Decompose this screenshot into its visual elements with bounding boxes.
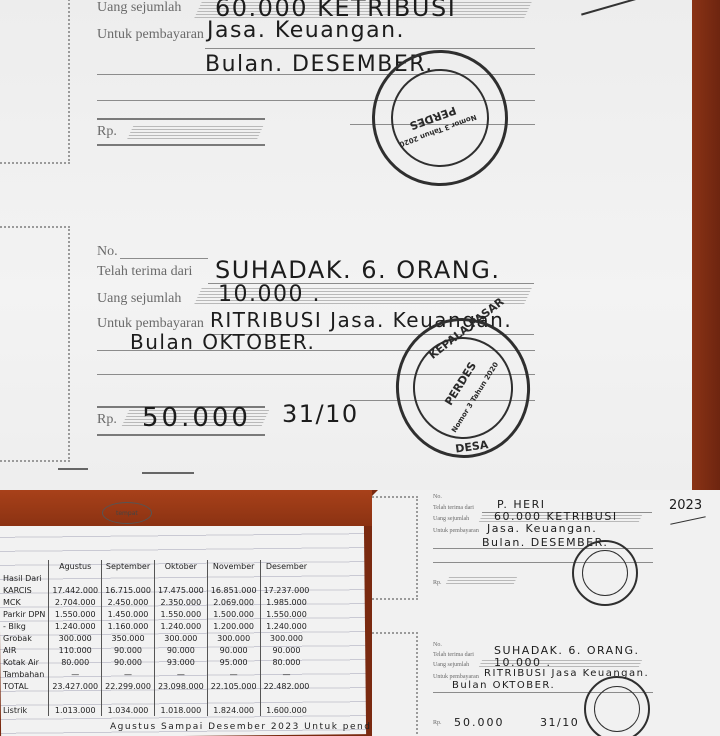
table-row: AIR110.00090.00090.00090.00090.000 bbox=[0, 644, 312, 656]
table-row: Hasil Dari bbox=[0, 572, 312, 584]
table-cell: 80.000 bbox=[49, 656, 102, 668]
table-cell: 1.240.000 bbox=[154, 620, 207, 632]
official-stamp-2: KEPALA PASAR PERDES Nomor 3 Tahun 2020 D… bbox=[387, 309, 539, 466]
notebook-footer-note: Agustus Sampai Desember 2023 Untuk penda… bbox=[110, 722, 372, 732]
table-header-cell bbox=[0, 560, 49, 572]
table-cell bbox=[102, 692, 155, 704]
table-cell: 1.985.000 bbox=[260, 596, 312, 608]
table-cell: 1.013.000 bbox=[49, 704, 102, 716]
table-cell: 1.550.000 bbox=[260, 608, 312, 620]
payment-purpose-value: Jasa. Keuangan. bbox=[207, 18, 405, 43]
rp-hatch bbox=[127, 126, 264, 140]
table-row: MCK2.704.0002.450.0002.350.0002.069.0001… bbox=[0, 596, 312, 608]
amount-value-2: 10.000 . bbox=[218, 282, 321, 307]
table-row: Listrik1.013.0001.034.0001.018.0001.824.… bbox=[0, 704, 312, 716]
rp-hatch bbox=[445, 577, 517, 586]
table-cell: 1.034.000 bbox=[102, 704, 155, 716]
table-header-cell: November bbox=[207, 560, 260, 572]
label-uang-sejumlah: Uang sejumlah bbox=[433, 516, 469, 522]
table-cell bbox=[102, 572, 155, 584]
table-row: Parkir DPN1.550.0001.450.0001.550.0001.5… bbox=[0, 608, 312, 620]
pen-mark bbox=[142, 472, 194, 474]
pen-mark bbox=[581, 0, 649, 16]
row-label: - Blkg bbox=[0, 620, 49, 632]
label-rp: Rp. bbox=[433, 580, 442, 586]
table-cell: — bbox=[102, 668, 155, 680]
table-cell: 22.105.000 bbox=[207, 680, 260, 692]
table-cell: 1.200.000 bbox=[207, 620, 260, 632]
table-cell: 300.000 bbox=[154, 632, 207, 644]
row-label: Kotak Air bbox=[0, 656, 49, 668]
label-rp-2: Rp. bbox=[97, 412, 117, 428]
wood-table-edge bbox=[0, 490, 372, 526]
table-cell: 2.704.000 bbox=[49, 596, 102, 608]
notebook-photo: tempat AgustusSeptemberOktoberNovemberDe… bbox=[0, 490, 372, 736]
table-cell bbox=[154, 692, 207, 704]
received-from-value: SUHADAK. 6. ORANG. bbox=[215, 256, 500, 284]
row-label: AIR bbox=[0, 644, 49, 656]
payment-month-value-2: Bulan OKTOBER. bbox=[452, 680, 555, 691]
label-untuk-pembayaran: Untuk pembayaran bbox=[97, 27, 204, 43]
table-header-cell: Agustus bbox=[49, 560, 102, 572]
year-note: 2023 bbox=[669, 498, 702, 513]
pen-mark bbox=[670, 516, 705, 524]
table-cell: 17.442.000 bbox=[49, 584, 102, 596]
table-cell: 90.000 bbox=[260, 644, 312, 656]
label-telah-terima: Telah terima dari bbox=[97, 264, 192, 280]
table-cell: — bbox=[207, 668, 260, 680]
rule bbox=[205, 48, 535, 49]
table-row: Kotak Air80.00090.00093.00095.00080.000 bbox=[0, 656, 312, 668]
table-cell: 22.299.000 bbox=[102, 680, 155, 692]
table-cell: 1.500.000 bbox=[207, 608, 260, 620]
pen-mark bbox=[58, 468, 88, 470]
rp-value: 50.000 bbox=[142, 403, 251, 433]
row-label: Listrik bbox=[0, 704, 49, 716]
label-telah-terima: Telah terima dari bbox=[433, 505, 474, 511]
table-cell bbox=[49, 572, 102, 584]
table-cell: 95.000 bbox=[207, 656, 260, 668]
label-no-2: No. bbox=[433, 642, 442, 648]
table-cell: 2.069.000 bbox=[207, 596, 260, 608]
table-row: Grobak300.000350.000300.000300.000300.00… bbox=[0, 632, 312, 644]
date-note-2: 31/10 bbox=[540, 716, 579, 729]
table-cell: 1.600.000 bbox=[260, 704, 312, 716]
table-cell: 90.000 bbox=[102, 644, 155, 656]
table-row: TOTAL23.427.00022.299.00023.098.00022.10… bbox=[0, 680, 312, 692]
table-cell: 300.000 bbox=[260, 632, 312, 644]
table-cell: 93.000 bbox=[154, 656, 207, 668]
table-cell: 17.475.000 bbox=[154, 584, 207, 596]
receipt-photo-enlarged: Uang sejumlah 60.000 KETRIBUSI Untuk pem… bbox=[0, 0, 720, 490]
table-cell: — bbox=[260, 668, 312, 680]
table-header-cell: Oktober bbox=[154, 560, 207, 572]
receipt-stub bbox=[372, 632, 418, 736]
label-rp-2: Rp. bbox=[433, 720, 442, 726]
row-label: TOTAL bbox=[0, 680, 49, 692]
table-cell: 23.427.000 bbox=[49, 680, 102, 692]
table-cell: 350.000 bbox=[102, 632, 155, 644]
label-untuk-pembayaran: Untuk pembayaran bbox=[433, 528, 479, 534]
table-cell: 110.000 bbox=[49, 644, 102, 656]
table-cell: 300.000 bbox=[49, 632, 102, 644]
table-cell: 1.240.000 bbox=[260, 620, 312, 632]
table-cell bbox=[260, 572, 312, 584]
table-cell: 17.237.000 bbox=[260, 584, 312, 596]
row-label: Grobak bbox=[0, 632, 49, 644]
table-cell: 90.000 bbox=[102, 656, 155, 668]
table-row: KARCIS17.442.00016.715.00017.475.00016.8… bbox=[0, 584, 312, 596]
table-cell bbox=[207, 692, 260, 704]
label-rp: Rp. bbox=[97, 124, 117, 140]
circled-note-text: tempat bbox=[116, 510, 138, 517]
rule bbox=[97, 434, 265, 436]
stamp-bottom-text: DESA bbox=[455, 438, 490, 455]
table-cell bbox=[207, 572, 260, 584]
table-cell: 2.350.000 bbox=[154, 596, 207, 608]
table-cell: 23.098.000 bbox=[154, 680, 207, 692]
table-cell: 1.550.000 bbox=[49, 608, 102, 620]
table-cell: 1.550.000 bbox=[154, 608, 207, 620]
table-cell: 16.851.000 bbox=[207, 584, 260, 596]
receipt-photo-thumbnail: No. Telah terima dari P. HERI Uang sejum… bbox=[372, 490, 720, 736]
row-label: Tambahan bbox=[0, 668, 49, 680]
label-no: No. bbox=[97, 244, 118, 260]
official-stamp-2 bbox=[584, 676, 650, 736]
table-cell: 80.000 bbox=[260, 656, 312, 668]
table-cell: — bbox=[49, 668, 102, 680]
table-cell: 1.240.000 bbox=[49, 620, 102, 632]
label-uang-sejumlah-2: Uang sejumlah bbox=[97, 291, 181, 307]
row-label: MCK bbox=[0, 596, 49, 608]
table-cell: 300.000 bbox=[207, 632, 260, 644]
table-header-cell: Desember bbox=[260, 560, 312, 572]
row-label bbox=[0, 692, 49, 704]
wood-table-edge bbox=[692, 0, 720, 490]
income-table: AgustusSeptemberOktoberNovemberDesember … bbox=[0, 560, 312, 716]
receipt-stub bbox=[372, 496, 418, 600]
table-cell: 1.160.000 bbox=[102, 620, 155, 632]
official-stamp bbox=[572, 540, 638, 606]
table-cell bbox=[154, 572, 207, 584]
row-label: Hasil Dari bbox=[0, 572, 49, 584]
table-header-cell: September bbox=[102, 560, 155, 572]
label-uang-sejumlah: Uang sejumlah bbox=[97, 0, 181, 16]
table-cell: 90.000 bbox=[154, 644, 207, 656]
table-cell bbox=[49, 692, 102, 704]
receipt-stub-top bbox=[0, 0, 70, 164]
receipt-stub-middle bbox=[0, 226, 70, 462]
table-cell: 1.824.000 bbox=[207, 704, 260, 716]
rp-value-2: 50.000 bbox=[454, 716, 505, 729]
table-cell: 22.482.000 bbox=[260, 680, 312, 692]
rule bbox=[120, 258, 208, 259]
row-label: Parkir DPN bbox=[0, 608, 49, 620]
receipt-paper: Uang sejumlah 60.000 KETRIBUSI Untuk pem… bbox=[0, 0, 694, 490]
date-note: 31/10 bbox=[282, 400, 359, 428]
table-cell bbox=[260, 692, 312, 704]
payment-purpose-value: Jasa. Keuangan. bbox=[487, 522, 597, 535]
rule bbox=[97, 144, 265, 146]
table-row: - Blkg1.240.0001.160.0001.240.0001.200.0… bbox=[0, 620, 312, 632]
table-cell: 16.715.000 bbox=[102, 584, 155, 596]
rule bbox=[97, 118, 265, 120]
table-cell: 90.000 bbox=[207, 644, 260, 656]
table-row bbox=[0, 692, 312, 704]
table-cell: 1.450.000 bbox=[102, 608, 155, 620]
table-cell: 1.018.000 bbox=[154, 704, 207, 716]
table-cell: 2.450.000 bbox=[102, 596, 155, 608]
row-label: KARCIS bbox=[0, 584, 49, 596]
label-no: No. bbox=[433, 494, 442, 500]
table-cell: — bbox=[154, 668, 207, 680]
table-row: Tambahan————— bbox=[0, 668, 312, 680]
label-uang-sejumlah-2: Uang sejumlah bbox=[433, 662, 469, 668]
label-telah-terima-2: Telah terima dari bbox=[433, 652, 474, 658]
